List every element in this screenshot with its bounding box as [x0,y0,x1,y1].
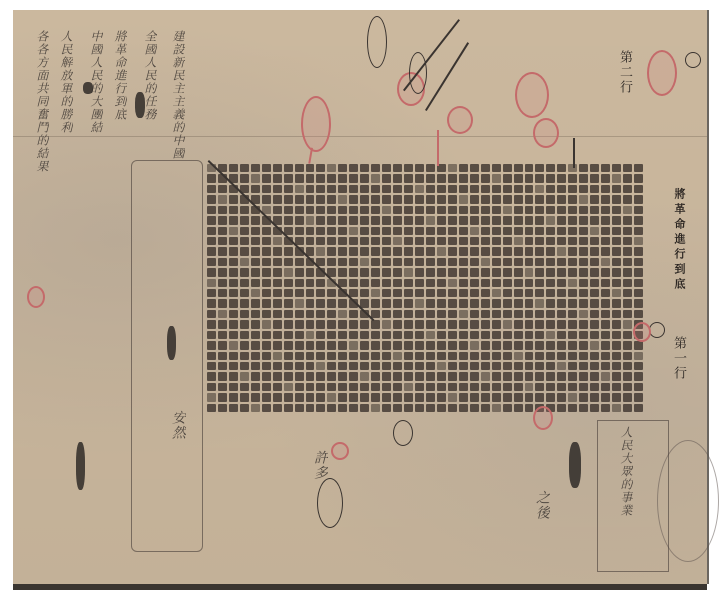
printed-character [459,404,468,412]
printed-character [404,185,413,193]
printed-character [327,310,336,318]
printed-character [327,372,336,380]
printed-character [316,352,325,360]
printed-character [207,320,216,328]
printed-character [525,174,534,182]
printed-character [470,227,479,235]
printed-character [229,258,238,266]
printed-character [371,268,380,276]
printed-character [503,258,512,266]
red-correction-circle [647,50,677,96]
printed-character [579,299,588,307]
printed-character [481,237,490,245]
printed-character [448,289,457,297]
printed-character [459,320,468,328]
printed-character [382,268,391,276]
printed-character [426,352,435,360]
printed-character [284,299,293,307]
printed-character [546,320,555,328]
printed-character [623,258,632,266]
printed-character [327,247,336,255]
printed-character [284,404,293,412]
printed-character [612,299,621,307]
printed-character [426,279,435,287]
printed-character [448,341,457,349]
printed-character [470,393,479,401]
printed-character [382,393,391,401]
printed-character [360,383,369,391]
printed-character [546,206,555,214]
printed-character [382,320,391,328]
printed-character [546,216,555,224]
printed-character [393,206,402,214]
printed-character [229,206,238,214]
printed-character [437,247,446,255]
printed-character [481,185,490,193]
printed-character [634,289,643,297]
printed-character [229,393,238,401]
printed-character [514,372,523,380]
printed-character [262,393,271,401]
printed-character [459,289,468,297]
printed-character [262,195,271,203]
printed-character [470,216,479,224]
printed-character [371,404,380,412]
printed-character [623,352,632,360]
printed-character [470,310,479,318]
printed-character [590,279,599,287]
printed-character [525,310,534,318]
ink-blot [83,82,93,94]
printed-character [612,164,621,172]
printed-character [218,237,227,245]
printed-character [568,227,577,235]
printed-character [634,258,643,266]
printed-character [568,247,577,255]
printed-character [327,227,336,235]
printed-character [338,164,347,172]
printed-character [240,279,249,287]
printed-character [546,268,555,276]
printed-character [349,164,358,172]
printed-character [634,352,643,360]
printed-character [327,164,336,172]
printed-character [470,372,479,380]
printed-character [349,341,358,349]
printed-character [273,174,282,182]
printed-character [448,352,457,360]
printed-character [481,164,490,172]
printed-character [426,372,435,380]
printed-character [273,247,282,255]
printed-character [327,299,336,307]
printed-character [284,216,293,224]
printed-character [579,289,588,297]
printed-character [492,404,501,412]
printed-character [579,352,588,360]
printed-character [557,310,566,318]
printed-character [535,206,544,214]
printed-character [525,227,534,235]
printed-character [207,393,216,401]
printed-character [492,310,501,318]
printed-character [623,216,632,224]
printed-character [338,352,347,360]
printed-character [503,299,512,307]
printed-character [295,174,304,182]
printed-character [448,299,457,307]
printed-character [207,216,216,224]
printed-character [371,289,380,297]
printed-character [306,341,315,349]
printed-character [273,352,282,360]
printed-character [437,268,446,276]
printed-character [623,195,632,203]
printed-character [262,331,271,339]
printed-character [546,393,555,401]
printed-character [338,331,347,339]
printed-character [229,310,238,318]
printed-character [634,164,643,172]
printed-character [590,352,599,360]
printed-character [306,310,315,318]
printed-character [295,216,304,224]
printed-character [514,216,523,224]
printed-character [525,362,534,370]
printed-character [218,393,227,401]
printed-character [316,362,325,370]
printed-character [273,195,282,203]
printed-character [568,206,577,214]
printed-character [273,404,282,412]
printed-character [306,268,315,276]
printed-character [481,195,490,203]
printed-character [404,383,413,391]
printed-character [448,393,457,401]
manuscript-paper: 各各方面共同奮鬥的結果 人民解放軍的勝利 中國人民的大團結 將革命進行到底 全國… [13,10,707,584]
printed-character [426,320,435,328]
printed-character [459,195,468,203]
printed-character [218,258,227,266]
printed-character [295,206,304,214]
printed-character [426,237,435,245]
printed-character [590,393,599,401]
handwritten-column: 人民大眾的事業 [619,426,633,566]
printed-character [546,237,555,245]
printed-character [262,227,271,235]
printed-character [393,289,402,297]
printed-character [316,227,325,235]
printed-character [503,206,512,214]
printed-character [470,352,479,360]
printed-character [546,299,555,307]
printed-character [316,289,325,297]
printed-character [579,362,588,370]
printed-character [557,164,566,172]
printed-character [382,258,391,266]
printed-character [459,174,468,182]
printed-character [492,206,501,214]
printed-character [535,247,544,255]
printed-character [557,320,566,328]
printed-character [481,299,490,307]
printed-character [240,227,249,235]
printed-character [295,372,304,380]
printed-character [251,383,260,391]
printed-character [338,185,347,193]
printed-character [612,331,621,339]
printed-character [503,352,512,360]
printed-character [240,341,249,349]
printed-character [525,268,534,276]
printed-character [426,383,435,391]
printed-character [360,341,369,349]
printed-character [503,174,512,182]
printed-character [481,206,490,214]
printed-character [284,331,293,339]
printed-character [382,185,391,193]
printed-character [634,195,643,203]
printed-character [525,404,534,412]
printed-character [448,258,457,266]
printed-character [404,310,413,318]
printed-character [514,393,523,401]
red-stroke [438,130,440,166]
printed-character [557,206,566,214]
printed-character [525,258,534,266]
printed-character [229,331,238,339]
printed-character [568,362,577,370]
red-correction-circle [447,106,473,134]
red-correction-circle [533,118,559,148]
printed-character [393,341,402,349]
printed-character [218,331,227,339]
printed-character [503,216,512,224]
printed-character [229,216,238,224]
printed-character [437,352,446,360]
printed-character [481,341,490,349]
printed-character [273,185,282,193]
printed-character [590,362,599,370]
printed-character [612,279,621,287]
printed-character [360,362,369,370]
printed-character [590,195,599,203]
printed-character [240,164,249,172]
printed-character [426,258,435,266]
revision-box [131,160,203,552]
printed-character [306,331,315,339]
printed-character [612,320,621,328]
printed-character [514,383,523,391]
printed-character [557,258,566,266]
printed-character [535,164,544,172]
printed-character [568,352,577,360]
printed-character [437,299,446,307]
printed-character [601,289,610,297]
printed-character [316,383,325,391]
printed-character [579,206,588,214]
printed-character [448,164,457,172]
printed-character [306,216,315,224]
printed-character [525,164,534,172]
printed-character [349,216,358,224]
printed-character [349,195,358,203]
printed-character [590,258,599,266]
printed-character [503,362,512,370]
printed-character [415,247,424,255]
printed-character [426,247,435,255]
printed-character [557,299,566,307]
printed-character [601,404,610,412]
printed-character [338,299,347,307]
printed-character [218,310,227,318]
printed-character [481,404,490,412]
printed-character [612,404,621,412]
printed-character [251,174,260,182]
printed-character [218,206,227,214]
printed-character [612,289,621,297]
printed-character [218,383,227,391]
printed-character [207,195,216,203]
printed-character [492,362,501,370]
printed-character [514,320,523,328]
printed-character [557,372,566,380]
printed-character [284,362,293,370]
printed-character [218,372,227,380]
printed-character [601,247,610,255]
printed-character [546,341,555,349]
printed-character [273,383,282,391]
printed-character [601,362,610,370]
handwritten-column: 中國人民的大團結 [89,30,103,550]
printed-character [437,383,446,391]
printed-character [218,227,227,235]
printed-character [284,206,293,214]
printed-character [612,237,621,245]
printed-character [229,268,238,276]
printed-character [327,404,336,412]
printed-character [415,341,424,349]
printed-character [295,331,304,339]
printed-character [470,164,479,172]
printed-character [240,331,249,339]
printed-character [481,279,490,287]
printed-character [492,372,501,380]
printed-character [393,237,402,245]
printed-character [492,174,501,182]
printed-character [240,393,249,401]
printed-character [251,372,260,380]
printed-character [338,227,347,235]
printed-character [404,341,413,349]
printed-character [579,268,588,276]
printed-character [284,372,293,380]
printed-character [382,362,391,370]
printed-character [404,216,413,224]
printed-character [273,331,282,339]
printed-character [207,268,216,276]
printed-character [514,164,523,172]
printed-character [393,310,402,318]
printed-character [327,362,336,370]
printed-character [601,331,610,339]
printed-character [568,216,577,224]
printed-character [360,164,369,172]
printed-character [568,185,577,193]
printed-character [415,195,424,203]
ink-blot [76,442,85,490]
printed-character [382,206,391,214]
handwritten-column: 人民解放軍的勝利 [59,30,73,510]
printed-character [327,341,336,349]
printed-character [612,216,621,224]
printed-character [382,341,391,349]
printed-character [371,195,380,203]
printed-character [273,268,282,276]
printed-character [481,247,490,255]
printed-character [295,393,304,401]
printed-character [295,227,304,235]
printed-character [273,206,282,214]
printed-character [262,352,271,360]
printed-character [229,341,238,349]
printed-character [634,393,643,401]
printed-character [612,310,621,318]
printed-character [623,393,632,401]
printed-character [360,268,369,276]
printed-character [557,237,566,245]
printed-character [437,237,446,245]
printed-character [382,164,391,172]
printed-character [579,195,588,203]
printed-character [634,185,643,193]
printed-character [579,216,588,224]
printed-character [415,237,424,245]
printed-character [525,289,534,297]
printed-character [327,289,336,297]
printed-character [415,383,424,391]
printed-character [634,362,643,370]
printed-character [404,237,413,245]
printed-character [284,258,293,266]
printed-character [557,216,566,224]
printed-character [229,404,238,412]
printed-character [426,331,435,339]
printed-character [251,352,260,360]
printed-character [492,341,501,349]
printed-character [437,372,446,380]
printed-character [492,185,501,193]
printed-character [273,299,282,307]
printed-character [218,362,227,370]
printed-character [262,279,271,287]
printed-character [229,372,238,380]
printed-character [306,404,315,412]
printed-character [601,258,610,266]
printed-character [590,320,599,328]
printed-character [251,341,260,349]
printed-character [525,206,534,214]
printed-character [360,174,369,182]
printed-character [492,227,501,235]
printed-character [295,185,304,193]
printed-character [601,352,610,360]
printed-character [503,383,512,391]
printed-character [426,289,435,297]
printed-character [262,372,271,380]
printed-character [327,174,336,182]
printed-character [503,237,512,245]
